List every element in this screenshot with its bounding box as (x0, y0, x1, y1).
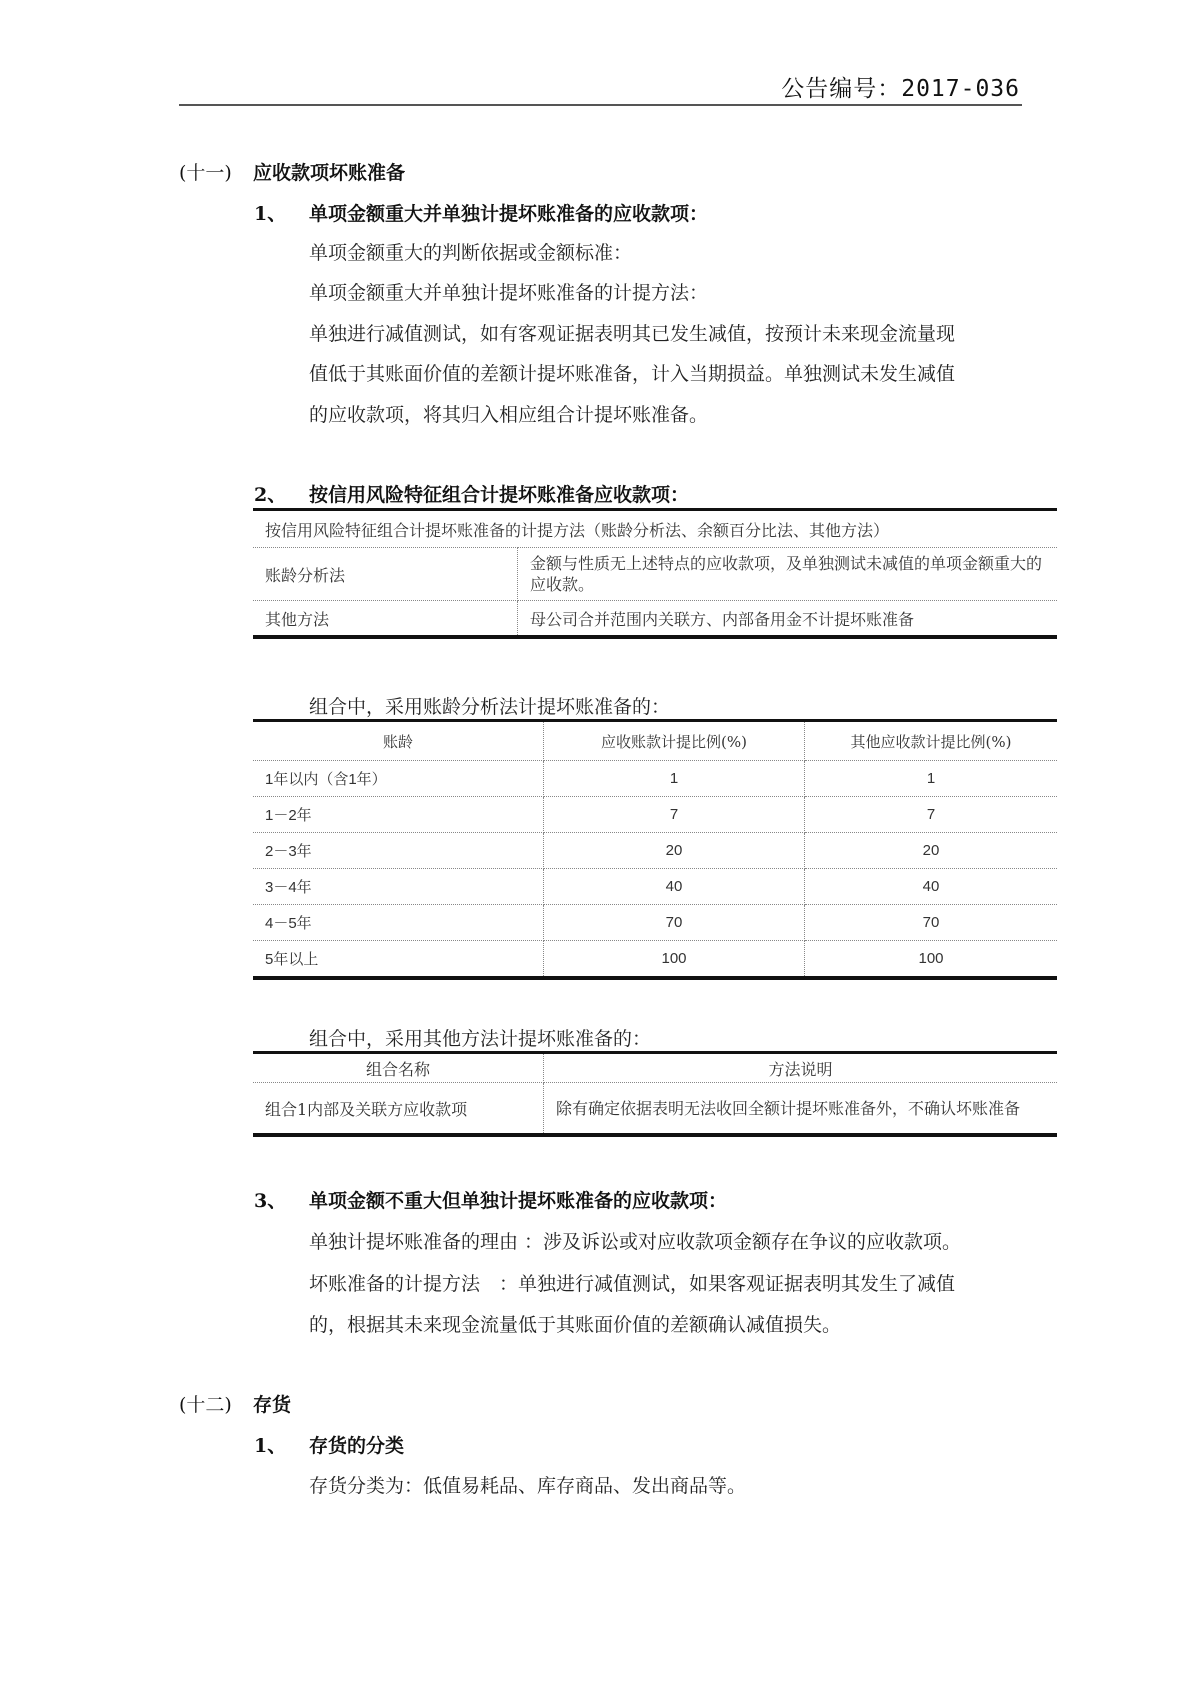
other-method-caption: 组合中，采用其他方法计提坏账准备的： (309, 1024, 651, 1051)
column-header: 其他应收款计提比例(%) (805, 721, 1058, 761)
table-row: 2－3年 20 20 (253, 833, 1057, 869)
aging-caption: 组合中，采用账龄分析法计提坏账准备的： (309, 692, 670, 719)
item-number: 2、 (254, 480, 309, 507)
other-ratio-cell: 70 (805, 905, 1058, 941)
item-title: 按信用风险特征组合计提坏账准备应收款项： (309, 484, 689, 506)
section-12-heading: (十二)存货 (179, 1390, 291, 1417)
paragraph-line: 单项金额重大并单独计提坏账准备的计提方法： (309, 278, 708, 305)
other-method-table: 组合名称 方法说明 组合1内部及关联方应收款项 除有确定依据表明无法收回全额计提… (253, 1051, 1057, 1137)
item-number: 1、 (254, 1431, 309, 1458)
column-header: 组合名称 (253, 1053, 544, 1083)
column-header: 应收账款计提比例(%) (544, 721, 805, 761)
table-row: 3－4年 40 40 (253, 869, 1057, 905)
other-ratio-cell: 100 (805, 941, 1058, 979)
item-1-heading: 1、单项金额重大并单独计提坏账准备的应收款项： (254, 199, 708, 226)
table-row: 其他方法 母公司合并范围内关联方、内部备用金不计提坏账准备 (253, 601, 1057, 638)
other-ratio-cell: 40 (805, 869, 1058, 905)
ar-ratio-cell: 7 (544, 797, 805, 833)
section-11-heading: (十一)应收款项坏账准备 (179, 158, 405, 185)
ar-ratio-cell: 100 (544, 941, 805, 979)
item-1-heading: 1、存货的分类 (254, 1431, 404, 1458)
table-row: 1－2年 7 7 (253, 797, 1057, 833)
table-row: 5年以上 100 100 (253, 941, 1057, 979)
table-header-row: 组合名称 方法说明 (253, 1053, 1057, 1083)
paragraph-line: 的应收款项，将其归入相应组合计提坏账准备。 (309, 400, 708, 427)
item-title: 存货的分类 (309, 1435, 404, 1457)
column-header: 账龄 (253, 721, 544, 761)
item-number: 1、 (254, 199, 309, 226)
combination-name-cell: 组合1内部及关联方应收款项 (253, 1083, 544, 1136)
description-cell: 母公司合并范围内关联方、内部备用金不计提坏账准备 (518, 601, 1058, 638)
paragraph-line: 单独进行减值测试，如有客观证据表明其已发生减值，按预计未来现金流量现 (309, 319, 955, 346)
aging-table: 账龄 应收账款计提比例(%) 其他应收款计提比例(%) 1年以内（含1年） 1 … (253, 719, 1057, 980)
age-cell: 1－2年 (253, 797, 544, 833)
ar-ratio-cell: 20 (544, 833, 805, 869)
credit-risk-methods-table: 按信用风险特征组合计提坏账准备的计提方法（账龄分析法、余额百分比法、其他方法） … (253, 508, 1057, 639)
section-title: 存货 (253, 1394, 291, 1416)
age-cell: 3－4年 (253, 869, 544, 905)
other-ratio-cell: 20 (805, 833, 1058, 869)
table-caption-row: 按信用风险特征组合计提坏账准备的计提方法（账龄分析法、余额百分比法、其他方法） (253, 510, 1057, 548)
paragraph-line: 的，根据其未来现金流量低于其账面价值的差额确认减值损失。 (309, 1310, 841, 1337)
paragraph-line: 坏账准备的计提方法 ：单独进行减值测试，如果客观证据表明其发生了减值 (309, 1269, 955, 1296)
header-rule (179, 104, 1022, 106)
item-title: 单项金额重大并单独计提坏账准备的应收款项： (309, 203, 708, 225)
table-row: 4－5年 70 70 (253, 905, 1057, 941)
age-cell: 5年以上 (253, 941, 544, 979)
paragraph-line: 单独计提坏账准备的理由 ：涉及诉讼或对应收款项金额存在争议的应收款项。 (309, 1227, 961, 1254)
section-title: 应收款项坏账准备 (253, 162, 405, 184)
age-cell: 2－3年 (253, 833, 544, 869)
section-number: (十二) (179, 1390, 253, 1417)
paragraph-line: 存货分类为：低值易耗品、库存商品、发出商品等。 (309, 1471, 746, 1498)
paragraph-line: 单项金额重大的判断依据或金额标准： (309, 238, 632, 265)
column-header: 方法说明 (544, 1053, 1058, 1083)
table-row: 账龄分析法 金额与性质无上述特点的应收款项，及单独测试未减值的单项金额重大的应收… (253, 548, 1057, 601)
ar-ratio-cell: 70 (544, 905, 805, 941)
item-number: 3、 (254, 1186, 309, 1213)
age-cell: 4－5年 (253, 905, 544, 941)
other-ratio-cell: 7 (805, 797, 1058, 833)
description-cell: 金额与性质无上述特点的应收款项，及单独测试未减值的单项金额重大的应收款。 (518, 548, 1058, 601)
item-title: 单项金额不重大但单独计提坏账准备的应收款项： (309, 1190, 727, 1212)
item-3-heading: 3、单项金额不重大但单独计提坏账准备的应收款项： (254, 1186, 727, 1213)
item-2-heading: 2、按信用风险特征组合计提坏账准备应收款项： (254, 480, 689, 507)
method-cell: 其他方法 (253, 601, 518, 638)
paragraph-line: 值低于其账面价值的差额计提坏账准备，计入当期损益。单独测试未发生减值 (309, 359, 955, 386)
ar-ratio-cell: 1 (544, 761, 805, 797)
table-header-row: 账龄 应收账款计提比例(%) 其他应收款计提比例(%) (253, 721, 1057, 761)
table-row: 组合1内部及关联方应收款项 除有确定依据表明无法收回全额计提坏账准备外，不确认坏… (253, 1083, 1057, 1136)
table-row: 1年以内（含1年） 1 1 (253, 761, 1057, 797)
method-description-cell: 除有确定依据表明无法收回全额计提坏账准备外，不确认坏账准备 (544, 1083, 1058, 1136)
other-ratio-cell: 1 (805, 761, 1058, 797)
section-number: (十一) (179, 158, 253, 185)
announcement-number: 公告编号：2017-036 (781, 70, 1020, 103)
method-cell: 账龄分析法 (253, 548, 518, 601)
age-cell: 1年以内（含1年） (253, 761, 544, 797)
ar-ratio-cell: 40 (544, 869, 805, 905)
